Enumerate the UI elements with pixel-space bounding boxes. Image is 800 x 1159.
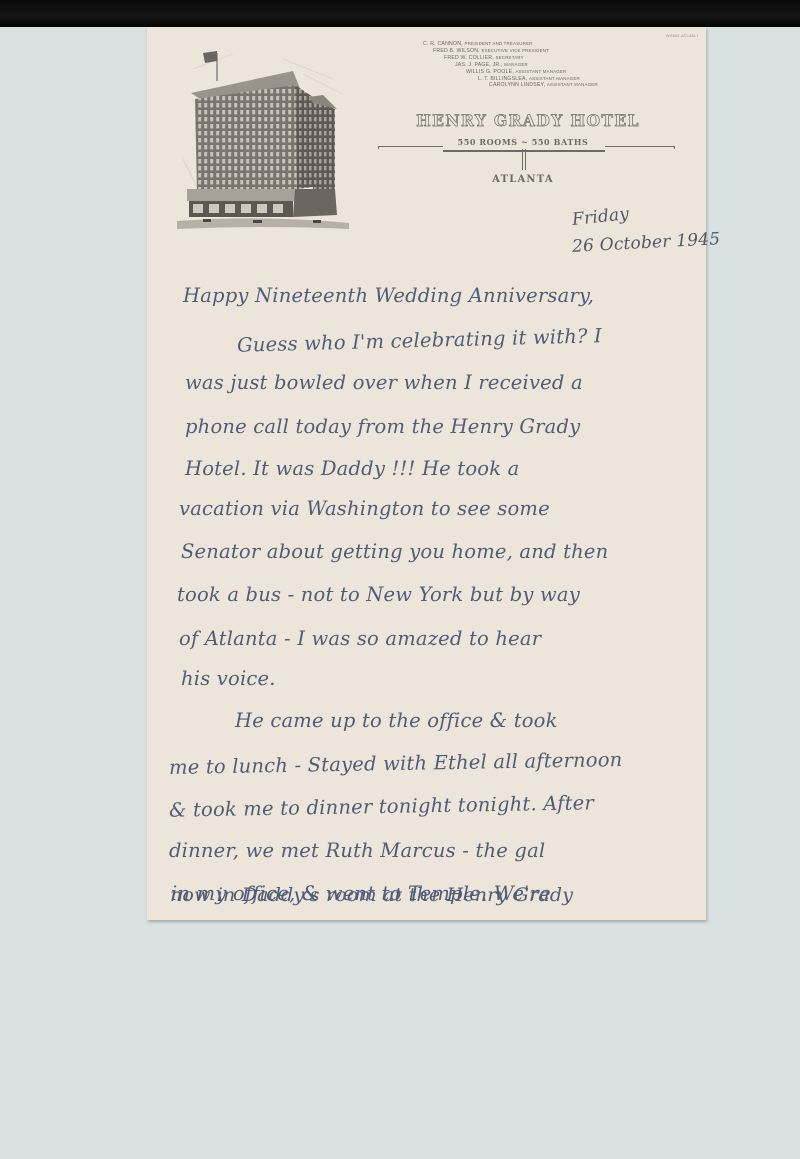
form-code: WSNO-ATLAN.I	[666, 33, 698, 38]
letter-line: Hotel. It was Daddy !!! He took a	[185, 457, 519, 480]
letterhead-rule-left-tick	[378, 146, 379, 149]
letter-sheet: WSNO-ATLAN.I	[147, 27, 706, 920]
letter-line-last: now in Daddy's room at the Henry Grady	[170, 884, 573, 906]
letter-line: Senator about getting you home, and then	[181, 540, 608, 563]
letterhead-rule-bottom	[443, 150, 605, 152]
letter-day: Friday	[571, 204, 630, 230]
letterhead-rule-stem	[522, 149, 523, 170]
letter-line: Happy Nineteenth Wedding Anniversary,	[183, 284, 594, 307]
letterhead-rule-right-tick	[674, 146, 675, 149]
officer-entry: JAS. J. PAGE, JR., Manager	[423, 62, 598, 69]
officer-entry: L. T. BILLINGSLEA, Assistant Manager	[423, 76, 598, 83]
letterhead-rule-left	[378, 146, 443, 147]
letter-line: dinner, we met Ruth Marcus - the gal	[169, 839, 545, 862]
hotel-city: ATLANTA	[463, 174, 583, 185]
hotel-building-illustration	[173, 39, 353, 234]
letter-line: & took me to dinner tonight tonight. Aft…	[169, 791, 594, 821]
officer-entry: FRED B. WILSON, Executive Vice President	[423, 48, 598, 55]
hotel-name: HENRY GRADY HOTEL	[393, 111, 663, 130]
letter-line: of Atlanta - I was so amazed to hear	[179, 627, 541, 650]
letter-line: vacation via Washington to see some	[179, 497, 550, 520]
letter-line: me to lunch - Stayed with Ethel all afte…	[169, 748, 623, 779]
officers-list: C. R. CANNON, President and Treasurer FR…	[423, 41, 598, 89]
letterhead-rule-right	[605, 146, 675, 147]
officer-entry: WILLIS G. POOLE, Assistant Manager	[423, 69, 598, 76]
letter-line: He came up to the office & took	[235, 709, 558, 732]
hotel-rooms-baths: 550 ROOMS ~ 550 BATHS	[443, 137, 603, 147]
letter-line: took a bus - not to New York but by way	[177, 583, 580, 606]
letter-line: was just bowled over when I received a	[185, 371, 583, 394]
officer-entry: CAROLYNN LINDSEY, Assistant Manager	[423, 82, 598, 89]
letterhead-rule-stem	[525, 149, 526, 170]
letter-date: 26 October 1945	[572, 229, 721, 257]
officer-entry: FRED W. COLLIER, Secretary	[423, 55, 598, 62]
letter-line: Guess who I'm celebrating it with? I	[237, 324, 602, 357]
scanner-lid-bar	[0, 0, 800, 27]
letter-line: phone call today from the Henry Grady	[185, 415, 580, 438]
letter-line: his voice.	[181, 667, 276, 690]
officer-entry: C. R. CANNON, President and Treasurer	[423, 41, 598, 48]
